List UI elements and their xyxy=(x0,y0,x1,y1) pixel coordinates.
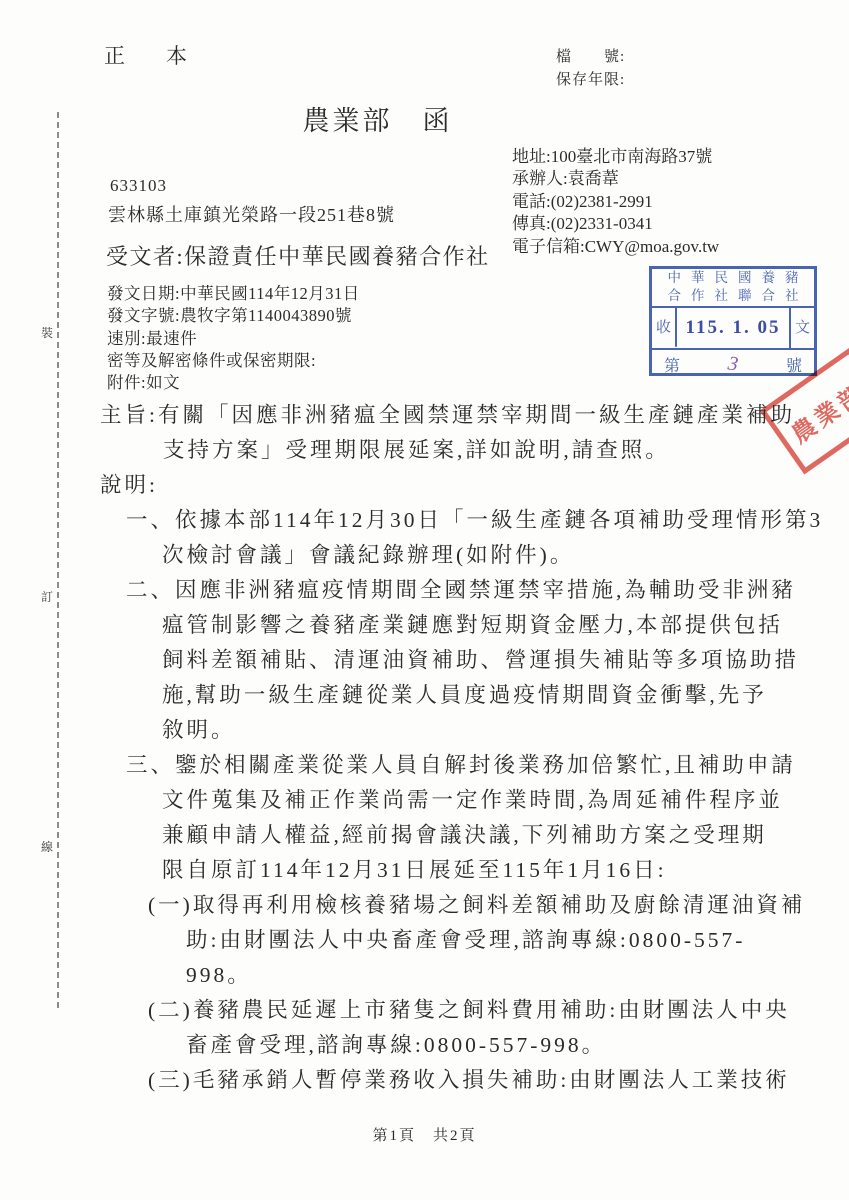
document-title: 農業部 函 xyxy=(0,99,755,138)
stamp-doc-char: 文 xyxy=(789,308,814,348)
document-meta-line: 發文字號:農牧字第1140043890號 xyxy=(107,305,360,327)
document-meta-block: 發文日期:中華民國114年12月31日發文字號:農牧字第1140043890號速… xyxy=(107,283,360,394)
body-line: 敘明。 xyxy=(0,713,849,748)
file-number-block: 檔 號: 保存年限: xyxy=(556,46,625,92)
stamp-date: 115. 1. 05 xyxy=(677,308,789,348)
document-meta-line: 速別:最速件 xyxy=(107,328,360,350)
stamp-serial-suffix: 號 xyxy=(786,353,802,376)
body-line: (三)毛豬承銷人暫停業務收入損失補助:由財團法人工業技術 xyxy=(0,1063,849,1098)
recipient-line: 受文者:保證責任中華民國養豬合作社 xyxy=(106,240,490,271)
recipient-address: 雲林縣土庫鎮光榮路一段251巷8號 xyxy=(108,201,395,227)
body-line: 文件蒐集及補正作業尚需一定作業時間,為周延補件程序並 xyxy=(0,783,849,818)
body-line: 飼料差額補貼、清運油資補助、營運損失補貼等多項協助措 xyxy=(0,643,849,678)
sender-contact-line: 地址:100臺北市南海路37號 xyxy=(512,146,719,168)
stamp-org-row1: 中華民國養豬 xyxy=(652,269,814,287)
stamp-receive-char: 收 xyxy=(652,307,677,350)
page-footer: 第1頁 共2頁 xyxy=(0,1124,849,1145)
document-meta-line: 附件:如文 xyxy=(107,372,360,394)
document-meta-line: 密等及解密條件或保密期限: xyxy=(107,350,360,372)
document-meta-line: 發文日期:中華民國114年12月31日 xyxy=(107,283,360,305)
body-line: 瘟管制影響之養豬產業鏈應對短期資金壓力,本部提供包括 xyxy=(0,608,849,643)
sender-contact-block: 地址:100臺北市南海路37號承辦人:袁喬葦電話:(02)2381-2991傳真… xyxy=(512,146,719,258)
body-line: (二)養豬農民延遲上市豬隻之飼料費用補助:由財團法人中央 xyxy=(0,993,849,1028)
body-line: 限自原訂114年12月31日展延至115年1月16日: xyxy=(0,853,849,888)
stamp-middle-row: 收 115. 1. 05 文 xyxy=(652,308,814,348)
body-line: 助:由財團法人中央畜產會受理,諮詢專線:0800-557- xyxy=(0,923,849,958)
stamp-serial-prefix: 第 xyxy=(664,353,680,376)
copy-type-label: 正 本 xyxy=(104,40,197,70)
stamp-org-row2: 合作社聯合社 xyxy=(652,287,814,305)
stamp-serial-number: 3 xyxy=(726,352,739,376)
official-letter-page: 正 本 檔 號: 保存年限: 農業部 函 地址:100臺北市南海路37號承辦人:… xyxy=(0,0,849,1200)
body-line: 畜產會受理,諮詢專線:0800-557-998。 xyxy=(0,1028,849,1063)
body-line: 主旨:有關「因應非洲豬瘟全國禁運禁宰期間一級生產鏈產業補助 xyxy=(0,398,849,433)
sender-contact-line: 電話:(02)2381-2991 xyxy=(512,191,719,213)
body-line: 998。 xyxy=(0,958,849,993)
binding-mark-zhuang: 裝 xyxy=(38,324,56,341)
binding-mark-ding: 訂 xyxy=(38,588,56,605)
body-line: 一、依據本部114年12月30日「一級生產鏈各項補助受理情形第3 xyxy=(0,503,849,538)
body-line: 說明: xyxy=(0,468,849,503)
sender-contact-line: 承辦人:袁喬葦 xyxy=(512,168,719,190)
recipient-postal-code: 633103 xyxy=(110,176,167,196)
sender-contact-line: 電子信箱:CWY@moa.gov.tw xyxy=(512,236,719,258)
stamp-org-name: 中華民國養豬 合作社聯合社 xyxy=(652,269,814,308)
stamp-serial-row: 第 3 號 xyxy=(652,348,814,378)
body-line: 施,幫助一級生產鏈從業人員度過疫情期間資金衝擊,先予 xyxy=(0,678,849,713)
file-number-label: 檔 號: xyxy=(556,46,625,69)
body-line: 三、鑒於相關產業從業人員自解封後業務加倍繁忙,且補助申請 xyxy=(0,748,849,783)
body-line: 次檢討會議」會議紀錄辦理(如附件)。 xyxy=(0,538,849,573)
sender-contact-line: 傳真:(02)2331-0341 xyxy=(512,213,719,235)
retention-period-label: 保存年限: xyxy=(556,69,625,92)
receipt-stamp: 中華民國養豬 合作社聯合社 收 115. 1. 05 文 第 3 號 xyxy=(649,266,817,376)
body-line: 二、因應非洲豬瘟疫情期間全國禁運禁宰措施,為輔助受非洲豬 xyxy=(0,573,849,608)
body-line: 兼顧申請人權益,經前揭會議決議,下列補助方案之受理期 xyxy=(0,818,849,853)
binding-mark-xian: 線 xyxy=(38,838,56,855)
letter-body: 主旨:有關「因應非洲豬瘟全國禁運禁宰期間一級生產鏈產業補助支持方案」受理期限展延… xyxy=(0,398,849,1098)
body-line: (一)取得再利用檢核養豬場之飼料差額補助及廚餘清運油資補 xyxy=(0,888,849,923)
body-line: 支持方案」受理期限展延案,詳如說明,請查照。 xyxy=(0,433,849,468)
